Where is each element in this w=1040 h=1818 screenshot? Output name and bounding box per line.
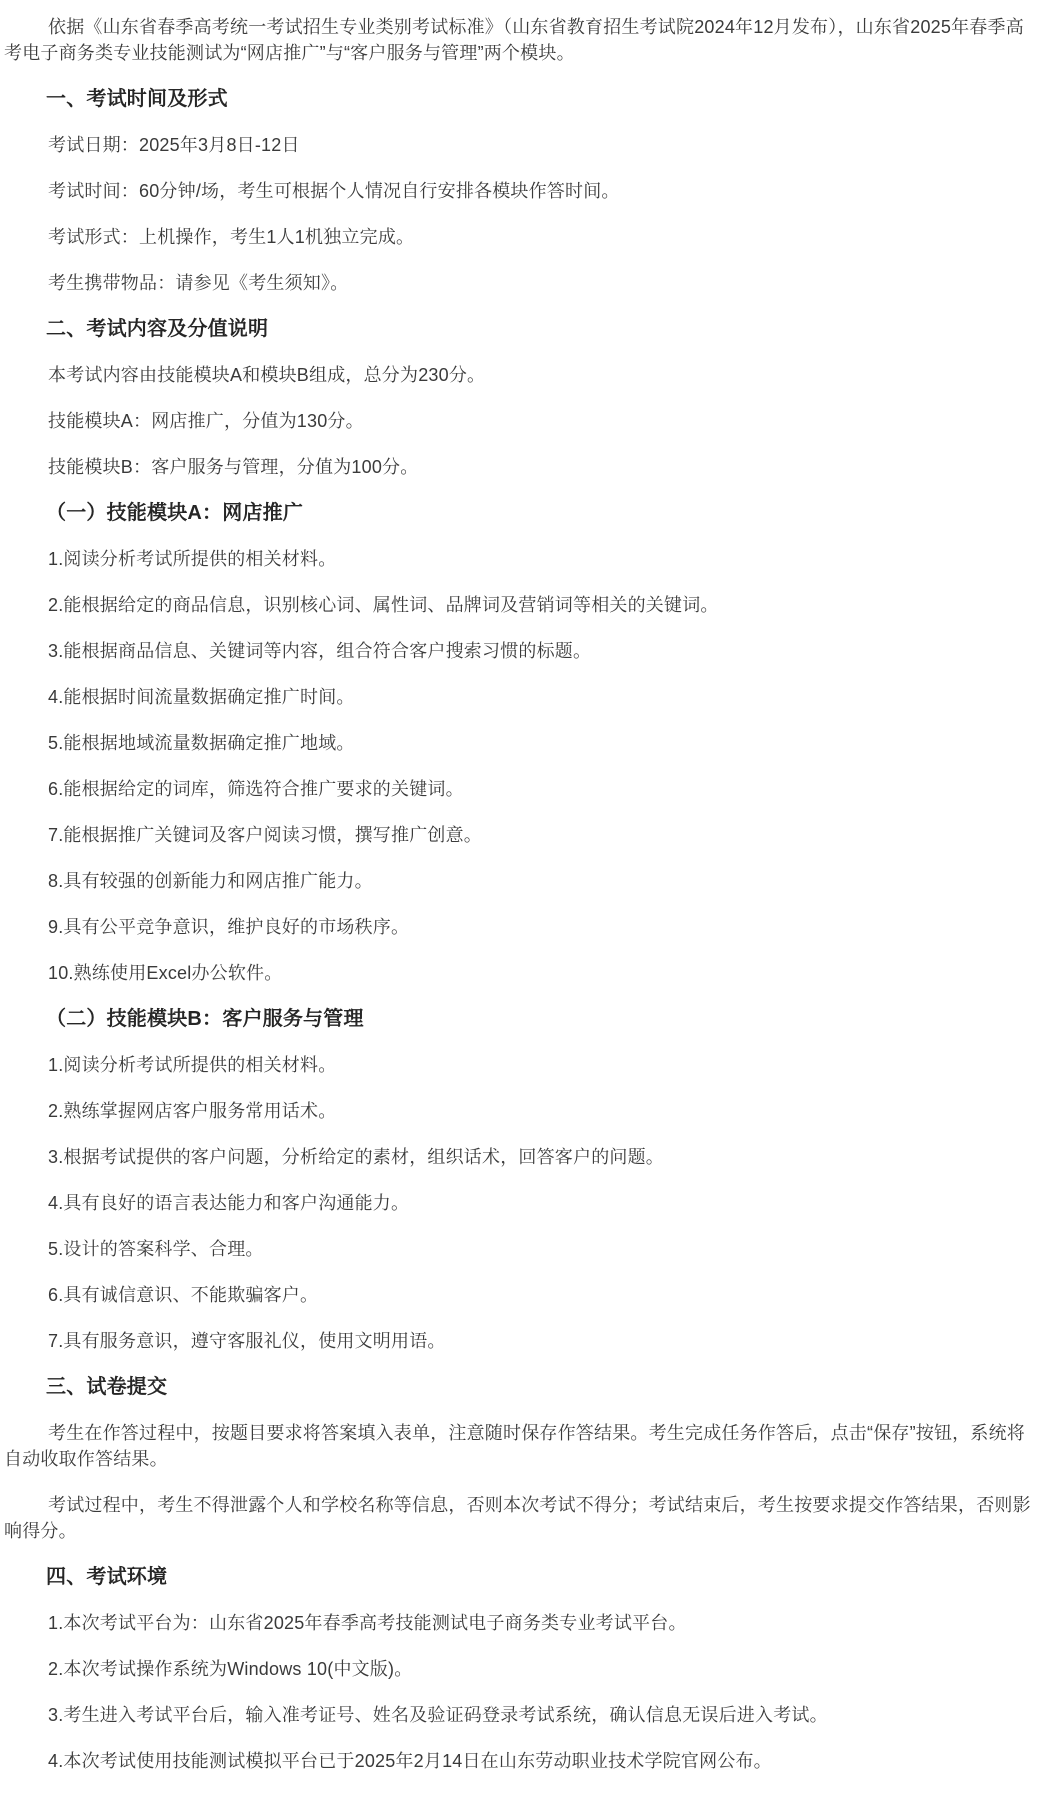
module-b-score-paragraph: 技能模块B：客户服务与管理，分值为100分。 bbox=[4, 454, 1035, 480]
module-b-item: 6.具有诚信意识、不能欺骗客户。 bbox=[4, 1282, 1035, 1308]
module-b-item: 5.设计的答案科学、合理。 bbox=[4, 1236, 1035, 1262]
module-a-item: 7.能根据推广关键词及客户阅读习惯，撰写推广创意。 bbox=[4, 822, 1035, 848]
module-a-heading: （一）技能模块A：网店推广 bbox=[4, 500, 1035, 526]
module-b-item: 1.阅读分析考试所提供的相关材料。 bbox=[4, 1052, 1035, 1078]
total-score-paragraph: 本考试内容由技能模块A和模块B组成，总分为230分。 bbox=[4, 362, 1035, 388]
environment-item: 4.本次考试使用技能测试模拟平台已于2025年2月14日在山东劳动职业技术学院官… bbox=[4, 1748, 1035, 1774]
intro-paragraph: 依据《山东省春季高考统一考试招生专业类别考试标准》（山东省教育招生考试院2024… bbox=[4, 14, 1035, 66]
exam-duration-paragraph: 考试时间：60分钟/场，考生可根据个人情况自行安排各模块作答时间。 bbox=[4, 178, 1035, 204]
module-b-item: 2.熟练掌握网店客户服务常用话术。 bbox=[4, 1098, 1035, 1124]
module-a-item: 2.能根据给定的商品信息，识别核心词、属性词、品牌词及营销词等相关的关键词。 bbox=[4, 592, 1035, 618]
section-1-heading: 一、考试时间及形式 bbox=[4, 86, 1035, 112]
module-b-item: 7.具有服务意识，遵守客服礼仪，使用文明用语。 bbox=[4, 1328, 1035, 1354]
module-a-item: 8.具有较强的创新能力和网店推广能力。 bbox=[4, 868, 1035, 894]
exam-format-paragraph: 考试形式：上机操作，考生1人1机独立完成。 bbox=[4, 224, 1035, 250]
exam-date-paragraph: 考试日期：2025年3月8日-12日 bbox=[4, 132, 1035, 158]
exam-belongings-paragraph: 考生携带物品：请参见《考生须知》。 bbox=[4, 270, 1035, 296]
module-b-item: 4.具有良好的语言表达能力和客户沟通能力。 bbox=[4, 1190, 1035, 1216]
environment-item: 2.本次考试操作系统为Windows 10(中文版)。 bbox=[4, 1656, 1035, 1682]
exam-notice-article: 依据《山东省春季高考统一考试招生专业类别考试标准》（山东省教育招生考试院2024… bbox=[0, 0, 1040, 1818]
section-3-heading: 三、试卷提交 bbox=[4, 1374, 1035, 1400]
module-a-item: 4.能根据时间流量数据确定推广时间。 bbox=[4, 684, 1035, 710]
module-a-score-paragraph: 技能模块A：网店推广，分值为130分。 bbox=[4, 408, 1035, 434]
module-a-item: 9.具有公平竞争意识，维护良好的市场秩序。 bbox=[4, 914, 1035, 940]
module-a-item: 6.能根据给定的词库，筛选符合推广要求的关键词。 bbox=[4, 776, 1035, 802]
module-b-heading: （二）技能模块B：客户服务与管理 bbox=[4, 1006, 1035, 1032]
submission-rules-paragraph: 考试过程中，考生不得泄露个人和学校名称等信息，否则本次考试不得分；考试结束后，考… bbox=[4, 1492, 1035, 1544]
section-4-heading: 四、考试环境 bbox=[4, 1564, 1035, 1590]
module-a-item: 5.能根据地域流量数据确定推广地域。 bbox=[4, 730, 1035, 756]
module-a-item: 1.阅读分析考试所提供的相关材料。 bbox=[4, 546, 1035, 572]
module-a-item: 10.熟练使用Excel办公软件。 bbox=[4, 960, 1035, 986]
module-a-item: 3.能根据商品信息、关键词等内容，组合符合客户搜索习惯的标题。 bbox=[4, 638, 1035, 664]
environment-item: 3.考生进入考试平台后，输入准考证号、姓名及验证码登录考试系统，确认信息无误后进… bbox=[4, 1702, 1035, 1728]
module-b-item: 3.根据考试提供的客户问题，分析给定的素材，组织话术，回答客户的问题。 bbox=[4, 1144, 1035, 1170]
section-2-heading: 二、考试内容及分值说明 bbox=[4, 316, 1035, 342]
environment-item: 1.本次考试平台为：山东省2025年春季高考技能测试电子商务类专业考试平台。 bbox=[4, 1610, 1035, 1636]
submission-save-paragraph: 考生在作答过程中，按题目要求将答案填入表单，注意随时保存作答结果。考生完成任务作… bbox=[4, 1420, 1035, 1472]
